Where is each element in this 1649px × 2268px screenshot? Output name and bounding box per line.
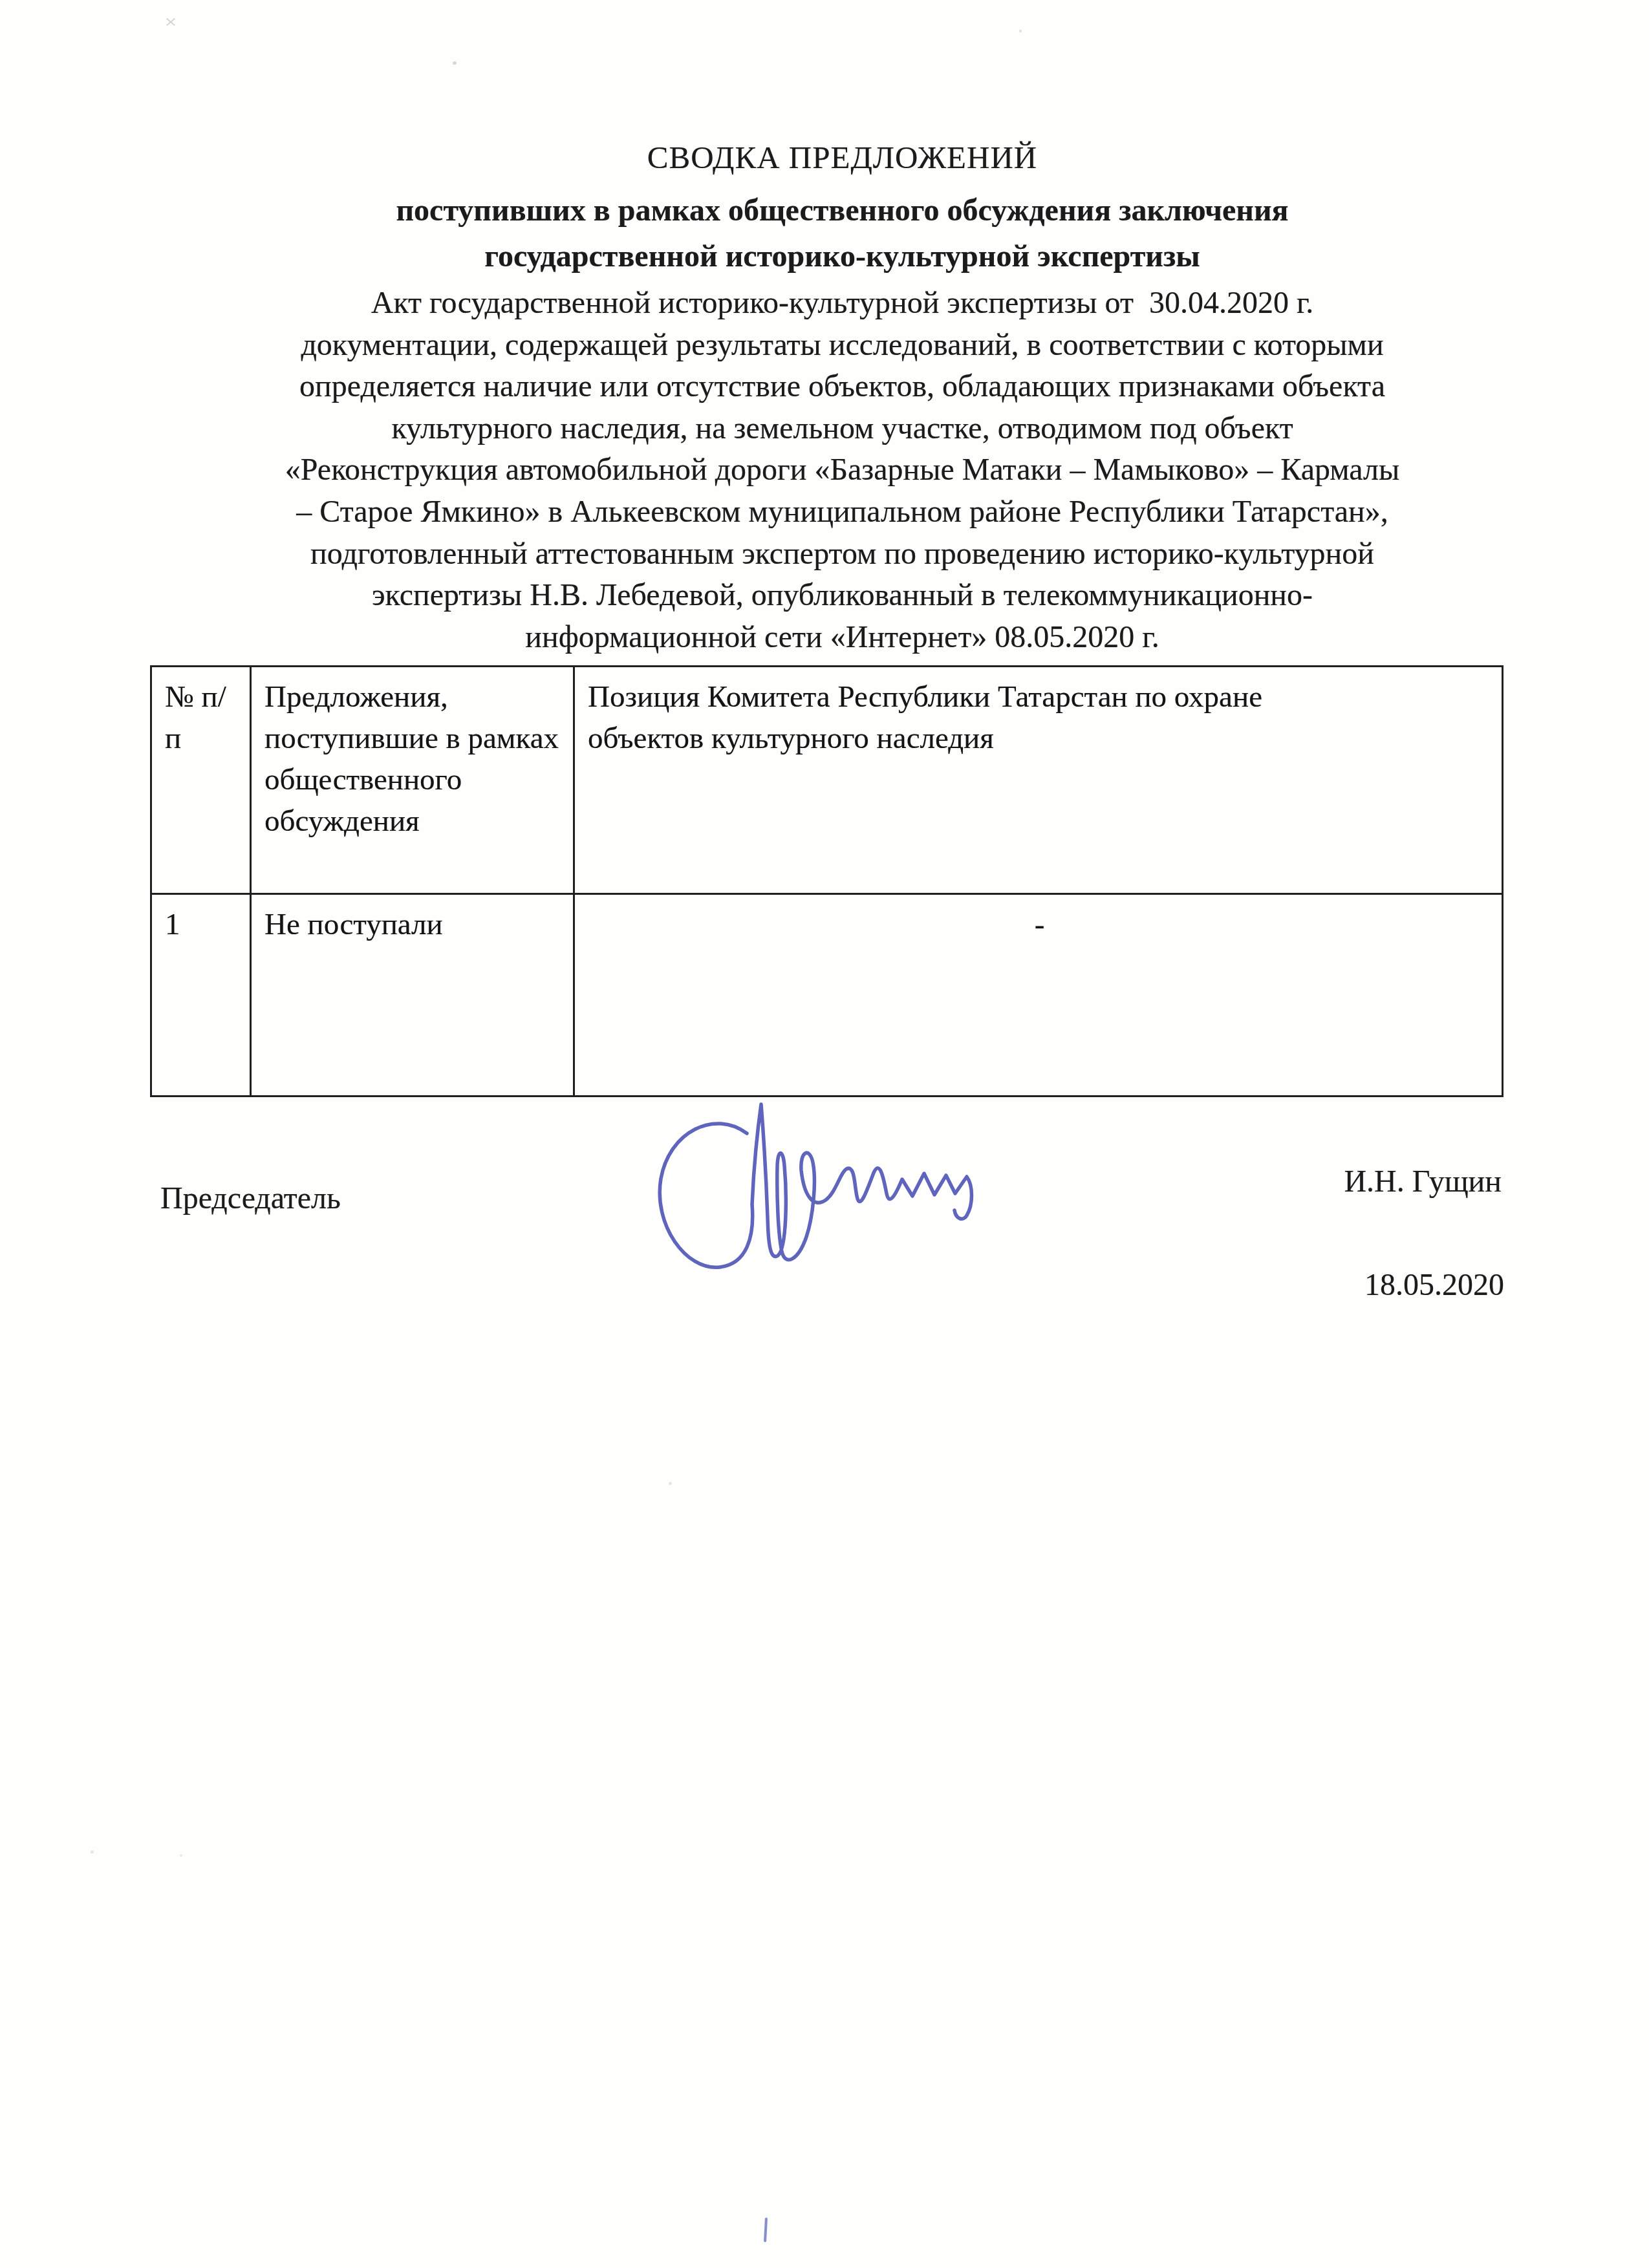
signature-date: 18.05.2020 [1364, 1267, 1504, 1303]
intro-line-5: «Реконструкция автомобильной дороги «Баз… [133, 449, 1552, 491]
row-proposals-cell: Не поступали [251, 894, 574, 1097]
signature-ink [650, 1098, 999, 1292]
scan-artifact-dot [1019, 30, 1022, 32]
document-page: СВОДКА ПРЕДЛОЖЕНИЙ поступивших в рамках … [0, 0, 1649, 2268]
table-row: 1 Не поступали - [151, 894, 1503, 1097]
intro-line-1: Акт государственной историко-культурной … [133, 283, 1552, 325]
position-header-line-2: объектов культурного наследия [588, 718, 1491, 759]
document-intro-paragraph: Акт государственной историко-культурной … [133, 283, 1552, 658]
document-title: СВОДКА ПРЕДЛОЖЕНИЙ [133, 137, 1552, 178]
intro-line-7: подготовленный аттестованным экспертом п… [133, 533, 1552, 575]
position-header-line-1: Позиция Комитета Республики Татарстан по… [588, 676, 1491, 718]
col-header-proposals: Предложения, поступившие в рамках общест… [251, 667, 574, 894]
col-header-position: Позиция Комитета Республики Татарстан по… [574, 667, 1503, 894]
scan-artifact-x [166, 17, 176, 27]
intro-line-9: информационной сети «Интернет» 08.05.202… [133, 617, 1552, 659]
col-header-num: № п/п [151, 667, 251, 894]
intro-line-4: культурного наследия, на земельном участ… [133, 408, 1552, 450]
document-subtitle: поступивших в рамках общественного обсуж… [133, 187, 1552, 279]
proposals-table: № п/п Предложения, поступившие в рамках … [150, 665, 1503, 1097]
intro-line-2: документации, содержащей результаты иссл… [133, 325, 1552, 367]
intro-line-3: определяется наличие или отсутствие объе… [133, 366, 1552, 408]
intro-line-6: – Старое Ямкино» в Алькеевском муниципал… [133, 491, 1552, 533]
signature-role: Председатель [160, 1181, 341, 1216]
scan-artifact-dot [453, 61, 457, 65]
table-header-row: № п/п Предложения, поступившие в рамках … [151, 667, 1503, 894]
row-position-cell: - [574, 894, 1503, 1097]
signature-name: И.Н. Гущин [1344, 1164, 1502, 1199]
scan-artifact-dot [180, 1854, 182, 1857]
subtitle-line-1: поступивших в рамках общественного обсуж… [133, 187, 1552, 233]
intro-line-8: экспертизы Н.В. Лебедевой, опубликованны… [133, 575, 1552, 617]
subtitle-line-2: государственной историко-культурной эксп… [133, 233, 1552, 279]
scan-artifact-dot [91, 1850, 94, 1854]
scan-artifact-ink-tick [764, 2218, 768, 2242]
row-num-cell: 1 [151, 894, 251, 1097]
scan-artifact-dot [669, 1482, 672, 1485]
